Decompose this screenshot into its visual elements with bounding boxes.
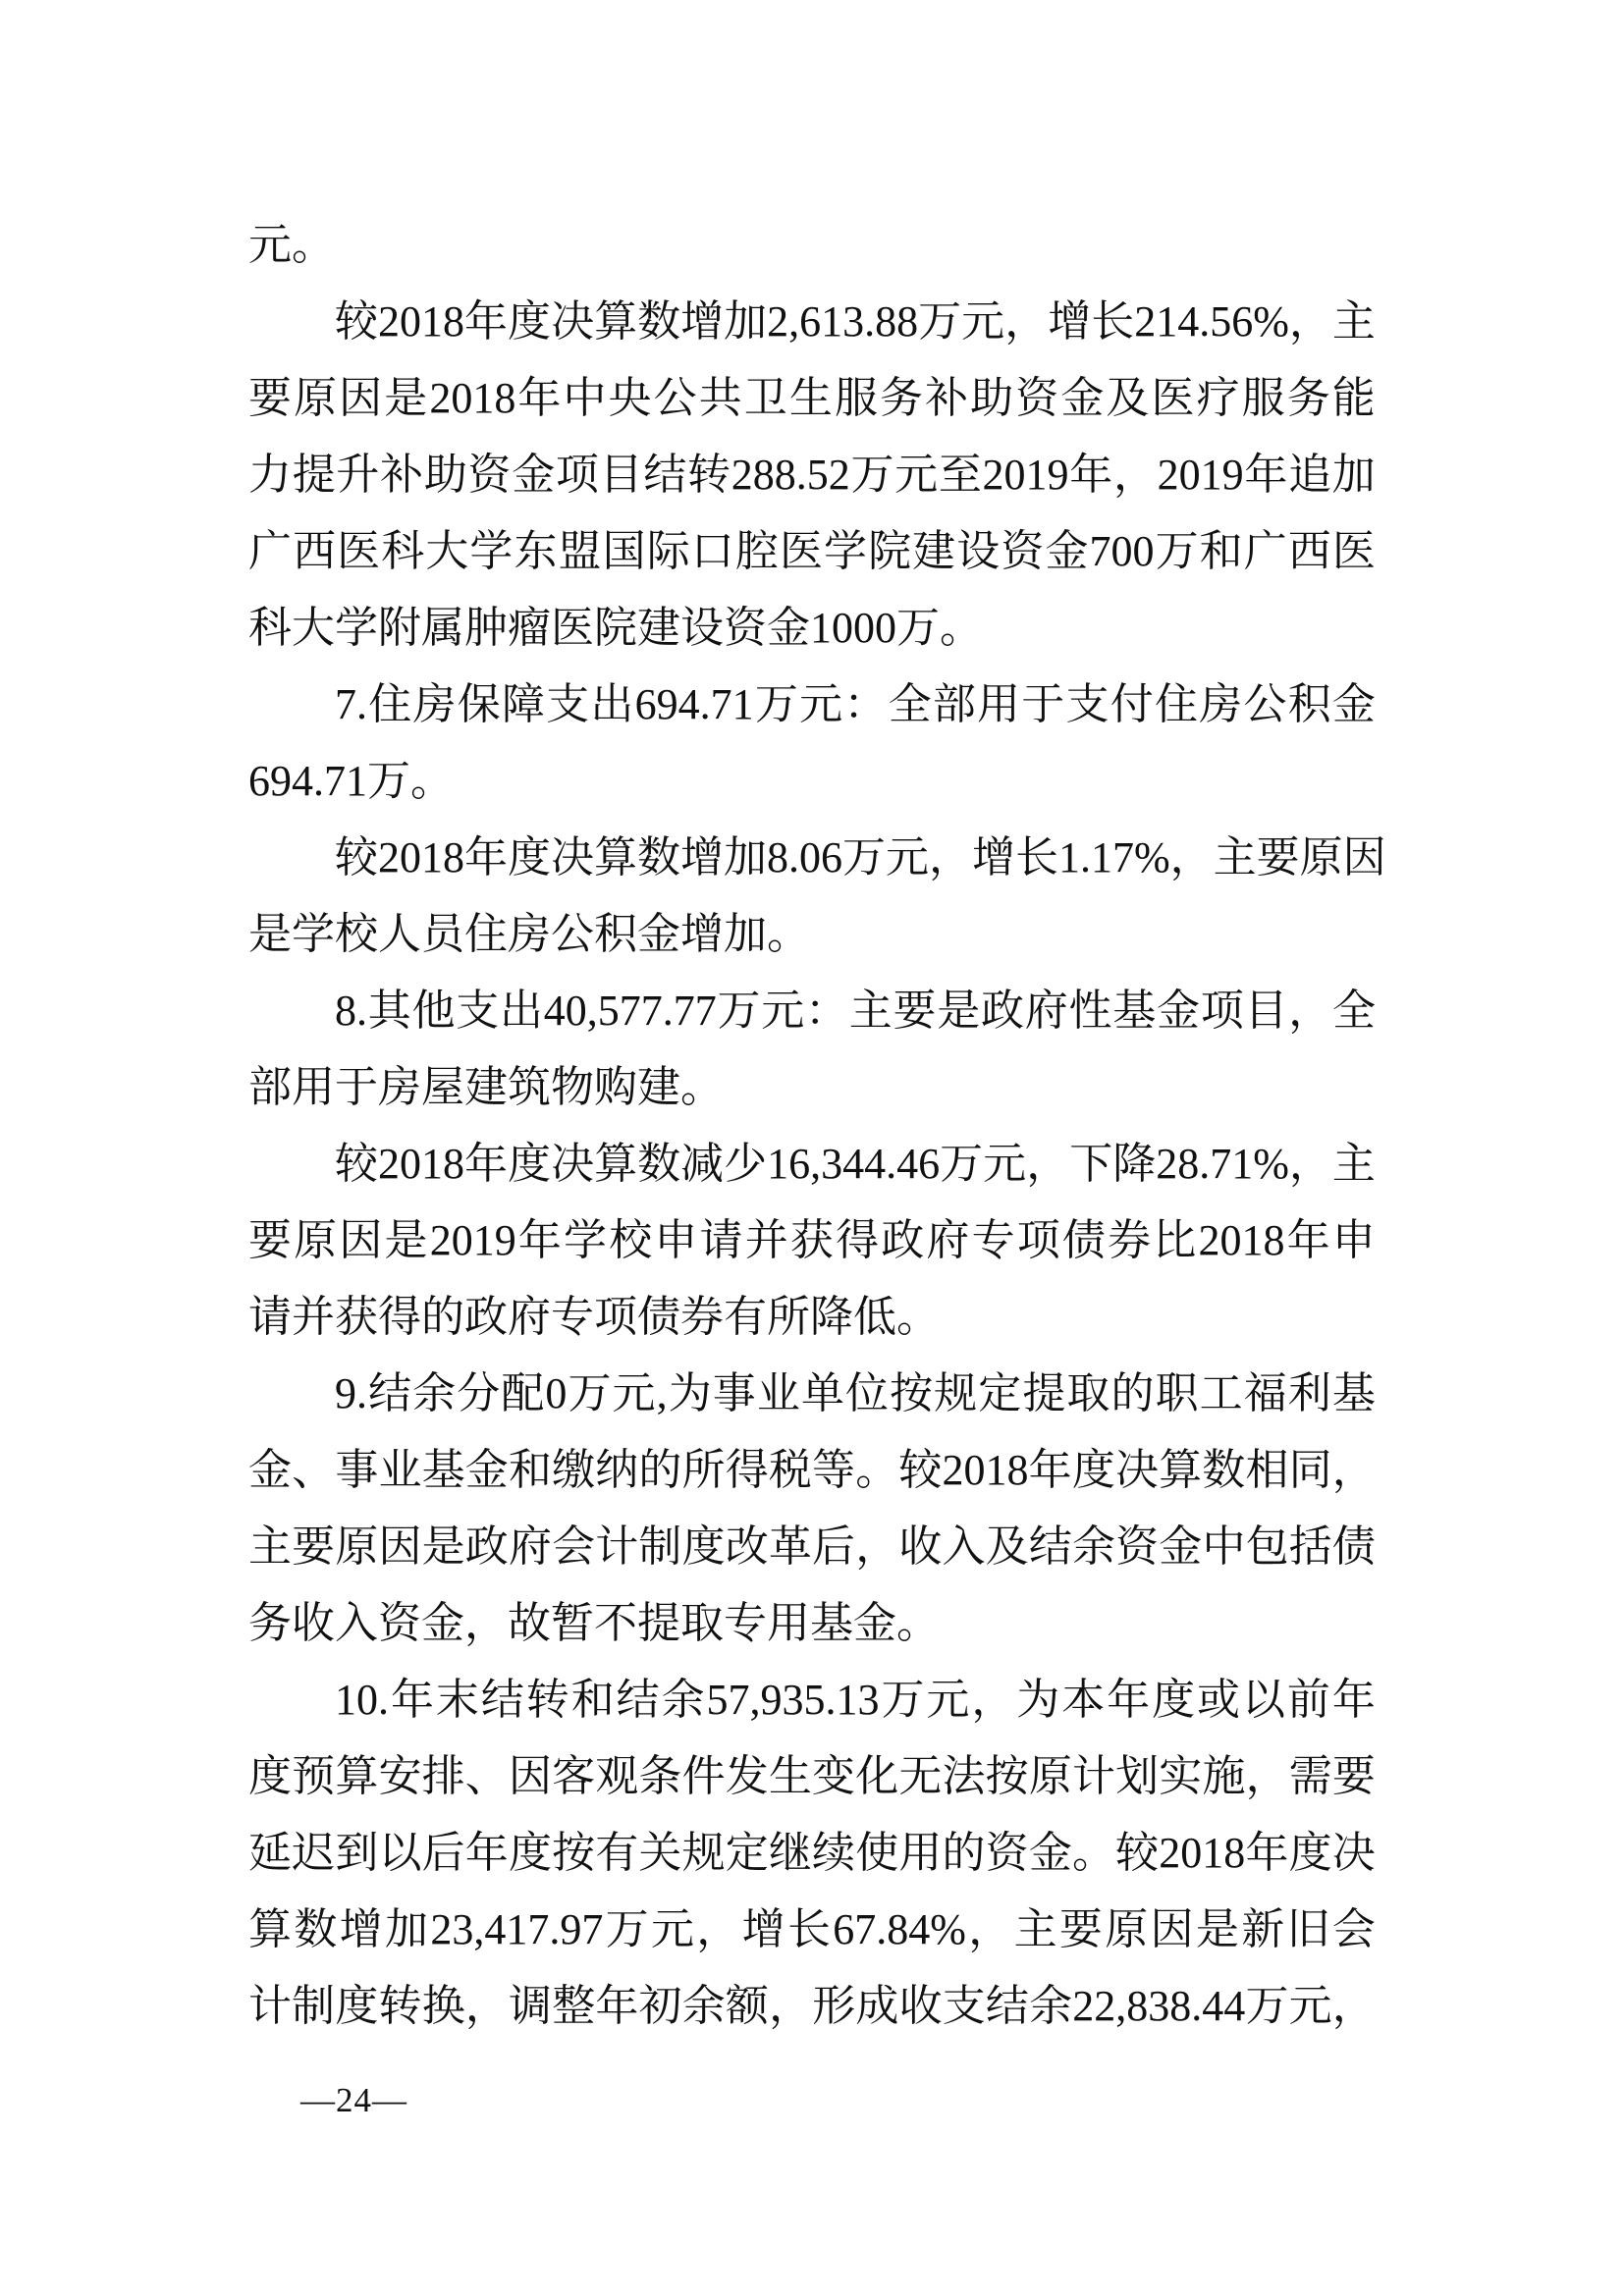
text-line: 9.结余分配0万元,为事业单位按规定提取的职工福利基 — [248, 1356, 1376, 1432]
text-line: 务收入资金，故暂不提取专用基金。 — [248, 1585, 1376, 1662]
text-line: 7.住房保障支出694.71万元：全部用于支付住房公积金 — [248, 667, 1376, 743]
text-line: 8.其他支出40,577.77万元：主要是政府性基金项目，全 — [248, 973, 1376, 1049]
text-line: 较2018年度决算数增加2,613.88万元，增长214.56%，主 — [248, 284, 1376, 360]
text-line: 是学校人员住房公积金增加。 — [248, 896, 1376, 973]
text-line: 主要原因是政府会计制度改革后，收入及结余资金中包括债 — [248, 1509, 1376, 1585]
text-line: 请并获得的政府专项债券有所降低。 — [248, 1279, 1376, 1356]
text-line: 延迟到以后年度按有关规定继续使用的资金。较2018年度决 — [248, 1815, 1376, 1892]
text-line: 部用于房屋建筑物购建。 — [248, 1049, 1376, 1126]
document-page: 元。较2018年度决算数增加2,613.88万元，增长214.56%，主要原因是… — [0, 0, 1624, 2296]
text-line: 科大学附属肿瘤医院建设资金1000万。 — [248, 590, 1376, 667]
text-line: 力提升补助资金项目结转288.52万元至2019年，2019年追加 — [248, 437, 1376, 513]
body-text: 元。较2018年度决算数增加2,613.88万元，增长214.56%，主要原因是… — [248, 207, 1376, 2045]
text-line: 较2018年度决算数减少16,344.46万元，下降28.71%，主 — [248, 1126, 1376, 1202]
text-line: 要原因是2019年学校申请并获得政府专项债券比2018年申 — [248, 1202, 1376, 1279]
text-line: 金、事业基金和缴纳的所得税等。较2018年度决算数相同， — [248, 1432, 1376, 1509]
text-line: 广西医科大学东盟国际口腔医学院建设资金700万和广西医 — [248, 513, 1376, 590]
text-line: 度预算安排、因客观条件发生变化无法按原计划实施，需要 — [248, 1738, 1376, 1815]
text-line: 算数增加23,417.97万元，增长67.84%，主要原因是新旧会 — [248, 1892, 1376, 1968]
text-line: 元。 — [248, 207, 1376, 284]
text-line: 要原因是2018年中央公共卫生服务补助资金及医疗服务能 — [248, 360, 1376, 437]
text-line: 694.71万。 — [248, 743, 1376, 820]
text-line: 较2018年度决算数增加8.06万元，增长1.17%，主要原因 — [248, 820, 1376, 896]
text-line: 计制度转换，调整年初余额，形成收支结余22,838.44万元， — [248, 1968, 1376, 2045]
text-line: 10.年末结转和结余57,935.13万元，为本年度或以前年 — [248, 1662, 1376, 1738]
page-number: —24— — [300, 2073, 407, 2128]
